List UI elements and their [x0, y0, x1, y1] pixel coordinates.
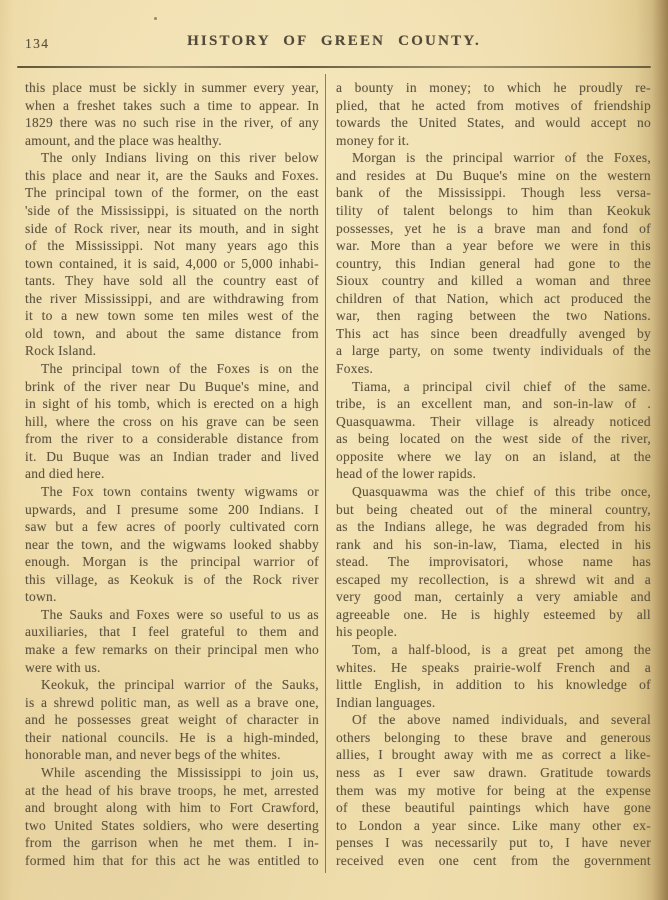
text-line: Rock Island.	[25, 342, 319, 360]
text-line: it.DuBuquewasanIndiantraderandlived	[25, 448, 319, 466]
page-header-title: HISTORY OF GREEN COUNTY.	[17, 33, 651, 50]
text-line: head of the lower rapids.	[336, 465, 651, 483]
text-line: plied,thatheactedfrommotivesoffriendship	[336, 97, 651, 115]
text-line: whenafreshettakessuchatimetoappear.In	[25, 97, 319, 115]
text-line: TheFoxtowncontainstwentywigwamsor	[25, 483, 319, 501]
text-line: Foxes.	[336, 360, 651, 378]
text-line: bankoftheMississippi.Thoughlessversa-	[336, 184, 651, 202]
text-line: Thisacthassincebeendreadfullyavengedby	[336, 325, 651, 343]
text-line: oldtown,andaboutthesamedistancefrom	[25, 325, 319, 343]
text-line: upwards,andIpresumesome200Indians.I	[25, 501, 319, 519]
text-line: towardstheUnitedStates,andwouldacceptno	[336, 114, 651, 132]
text-line: towncontained,itissaid,4,000or5,000inhab…	[25, 255, 319, 273]
text-line: twoUnitedStatessoldiers,whoweredeserting	[25, 817, 319, 835]
text-line: littleEnglish,inadditiontohisknowledgeof	[336, 676, 651, 694]
text-line: childrenofthatNation,whichactproducedthe	[336, 290, 651, 308]
text-line: themwasmymotiveforbeingattheexpense	[336, 782, 651, 800]
text-line: oftheMississippi.Notmanyyearsagothis	[25, 237, 319, 255]
text-line: sawbutafewacresofpoorlycultivatedcorn	[25, 518, 319, 536]
text-line: asbeinglocatedonthewestsideoftheriver,	[336, 430, 651, 448]
text-line: money for it.	[336, 132, 651, 150]
text-line: alargeparty,onsometwentyindividualsofthe	[336, 342, 651, 360]
text-line: attheheadofhisbravetroops,hemet,arrested	[25, 782, 319, 800]
text-line: TheonlyIndianslivingonthisriverbelow	[25, 149, 319, 167]
text-line: stead.Theimprovisatori,whosenamehas	[336, 553, 651, 571]
text-line: pensesIwasnecessarilyputto,Ihavenever	[336, 834, 651, 852]
text-line: ittoanewtownsometenmileswestofthe	[25, 307, 319, 325]
text-line: fromthegarrisonwhenhemetthem.Iin-	[25, 834, 319, 852]
text-line: honorable man, and never begs of the whi…	[25, 746, 319, 764]
text-line: allies,Ibroughtawaywithmeascorrectalike-	[336, 746, 651, 764]
text-line: receivedevenonecentfromthegovernment	[336, 852, 651, 870]
text-line: Tom,ahalf-blood,isagreatpetamongthe	[336, 641, 651, 659]
text-line: thisvillage,asKeokukisoftheRockriver	[25, 571, 319, 589]
text-line: tilityoftalentbelongstohimthanKeokuk	[336, 202, 651, 220]
text-line: andresidesatDuBuque'smineonthewestern	[336, 167, 651, 185]
right-column: abountyinmoney;towhichheproudlyre-plied,…	[336, 79, 651, 869]
text-line: Tiama,aprincipalcivilchiefofthesame.	[336, 378, 651, 396]
text-line: Keokuk,theprincipalwarrioroftheSauks,	[25, 676, 319, 694]
text-line: ofthesebeautifulpaintingswhichhavegone	[336, 799, 651, 817]
text-line: fromtherivertoaconsiderabledistancefrom	[25, 430, 319, 448]
text-line: whites.Hespeaksprairie-wolfFrenchanda	[336, 659, 651, 677]
text-line: sideofRockriver,nearitsmouth,andinsight	[25, 220, 319, 238]
text-columns: thisplacemustbesicklyinsummereveryyear,w…	[25, 79, 651, 871]
column-divider	[325, 74, 326, 873]
book-page: 134 HISTORY OF GREEN COUNTY. thisplacemu…	[0, 0, 668, 900]
header-rule	[17, 66, 651, 68]
text-line: Quasquawma.Theirvillageisalreadynoticed	[336, 413, 651, 431]
text-line: tribe,isanexcellentman,andson-in-lawof.	[336, 395, 651, 413]
text-line: Quasquawmawasthechiefofthistribeonce,	[336, 483, 651, 501]
text-line: butbeingcheatedoutofthemineralcountry,	[336, 501, 651, 519]
text-line: nearthetown,andthewigwamslookedshabby	[25, 536, 319, 554]
text-line: andbroughtalongwithhimtoFortCrawford,	[25, 799, 319, 817]
ink-speck	[154, 17, 157, 20]
text-line: WhileascendingtheMississippitojoinus,	[25, 764, 319, 782]
text-line: Oftheabovenamedindividuals,andseveral	[336, 711, 651, 729]
text-line: abountyinmoney;towhichheproudlyre-	[336, 79, 651, 97]
text-line: war.Morethanayearbeforewewereinthis	[336, 237, 651, 255]
text-line: MorganistheprincipalwarrioroftheFoxes,	[336, 149, 651, 167]
text-line: astheIndiansallege,hewasdegradedfromhis	[336, 518, 651, 536]
text-line: Indian languages.	[336, 694, 651, 712]
text-line: and died here.	[25, 465, 319, 483]
text-line: enough.Morganistheprincipalwarriorof	[25, 553, 319, 571]
text-line: oppositewherewelayonanisland,atthe	[336, 448, 651, 466]
text-line: verygoodman,certainlyaveryamiableand	[336, 588, 651, 606]
text-line: formedhimthatforthisacthewasentitledto	[25, 852, 319, 870]
text-line: his people.	[336, 623, 651, 641]
text-line: andhepossessesgreatweightofcharacterin	[25, 711, 319, 729]
text-line: amount, and the place was healthy.	[25, 132, 319, 150]
text-line: war,thenragingbetweenthetwoNations.	[336, 307, 651, 325]
text-line: thisplaceandnearit,aretheSauksandFoxes.	[25, 167, 319, 185]
text-line: insightofhistomb,whichiserectedonahigh	[25, 395, 319, 413]
text-line: hill,wherethecrossonhisgravecanbeseen	[25, 413, 319, 431]
text-line: theriverMississippi,andarewithdrawingfro…	[25, 290, 319, 308]
text-line: thisplacemustbesicklyinsummereveryyear,	[25, 79, 319, 97]
text-line: makeafewremarksontheirprincipalmenwho	[25, 641, 319, 659]
text-line: Theprincipaltownoftheformer,ontheeast	[25, 184, 319, 202]
text-line: country,thisIndiangeneralhadgonetothe	[336, 255, 651, 273]
left-column: thisplacemustbesicklyinsummereveryyear,w…	[25, 79, 319, 869]
text-line: isashrewdpoliticman,aswellasabraveone,	[25, 694, 319, 712]
text-line: othersbelongingtothesebraveandgenerous	[336, 729, 651, 747]
text-line: TheprincipaltownoftheFoxesisonthe	[25, 360, 319, 378]
text-line: theirnationalcouncils.Heisahigh-minded,	[25, 729, 319, 747]
text-line: 1829therewasnosuchriseintheriver,ofany	[25, 114, 319, 132]
text-line: nessasIeversawdrawn.Gratitudetowards	[336, 764, 651, 782]
text-line: town.	[25, 588, 319, 606]
text-line: were with us.	[25, 659, 319, 677]
text-line: escapedmyrecollection,isashrewdwitanda	[336, 571, 651, 589]
text-line: tants.Theyhavesoldallthecountryeastof	[25, 272, 319, 290]
text-line: Siouxcountryandkilledawomanandthree	[336, 272, 651, 290]
text-line: rankandhisson-in-law,Tiama,electedinhis	[336, 536, 651, 554]
text-line: TheSauksandFoxesweresousefultousas	[25, 606, 319, 624]
text-line: brinkoftherivernearDuBuque'smine,and	[25, 378, 319, 396]
text-line: toLondonayearsince.Likemanyotherex-	[336, 817, 651, 835]
text-line: agreeableone.Heishighlyesteemedbyall	[336, 606, 651, 624]
text-line: possesses,yetheisabravemanandfondof	[336, 220, 651, 238]
text-line: 'sideoftheMississippi,issituatedonthenor…	[25, 202, 319, 220]
text-line: auxiliaries,thatIfeelgratefultothemand	[25, 623, 319, 641]
